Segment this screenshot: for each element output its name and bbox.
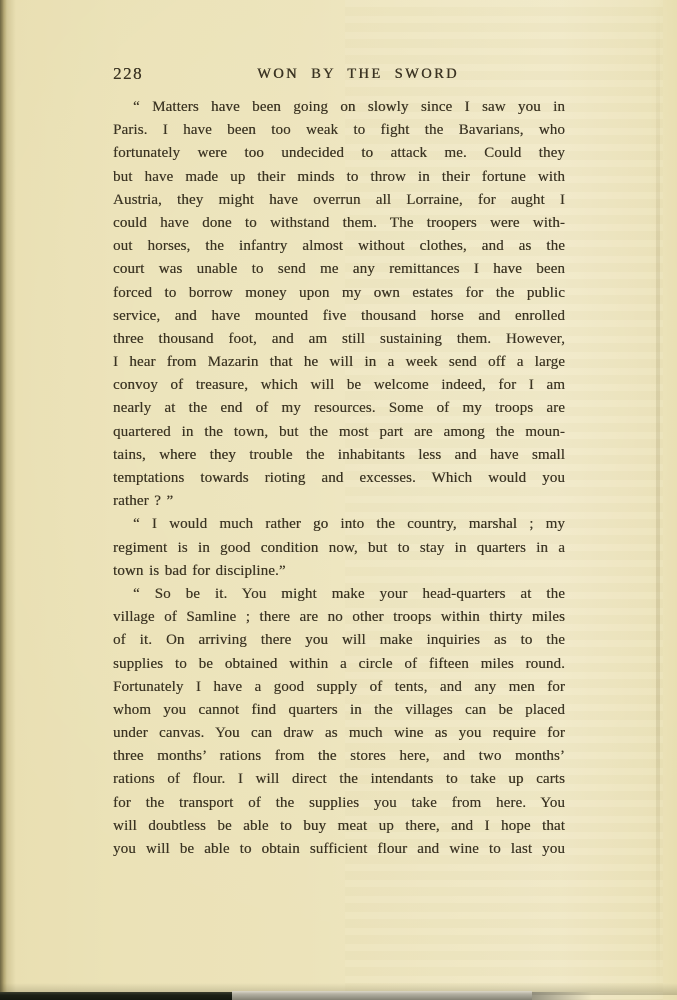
text-line: “ I would much rather go into the countr… — [113, 513, 565, 536]
text-line: rations of flour. I will direct the inte… — [113, 768, 565, 791]
text-line: out horses, the infantry almost without … — [113, 235, 565, 258]
text-line: fortunately were too undecided to attack… — [113, 142, 565, 165]
text-line: “ So be it. You might make your head-qua… — [113, 583, 565, 606]
text-line: Paris. I have been too weak to fight the… — [113, 119, 565, 142]
text-line: could have done to withstand them. The t… — [113, 212, 565, 235]
text-line: Fortunately I have a good supply of tent… — [113, 676, 565, 699]
text-line: supplies to be obtained within a circle … — [113, 653, 565, 676]
text-line: village of Samline ; there are no other … — [113, 606, 565, 629]
scanned-book-page: 228 WON BY THE SWORD “ Matters have been… — [0, 0, 677, 1000]
text-line: quartered in the town, but the most part… — [113, 421, 565, 444]
text-line: you will be able to obtain sufficient fl… — [113, 838, 565, 861]
text-line: town is bad for discipline.” — [113, 560, 565, 583]
text-block: “ Matters have been going on slowly sinc… — [113, 96, 565, 861]
paragraph: “ So be it. You might make your head-qua… — [113, 583, 565, 861]
text-line: rather ? ” — [113, 490, 565, 513]
text-line: for the transport of the supplies you ta… — [113, 792, 565, 815]
bottom-book-edge-grey — [232, 991, 532, 1000]
text-line: I hear from Mazarin that he will in a we… — [113, 351, 565, 374]
page-header: 228 WON BY THE SWORD — [113, 64, 565, 86]
paragraph: “ Matters have been going on slowly sinc… — [113, 96, 565, 513]
text-line: service, and have mounted five thousand … — [113, 305, 565, 328]
bottom-book-edge-dark — [0, 992, 232, 1000]
text-line: whom you cannot find quarters in the vil… — [113, 699, 565, 722]
text-line: regiment is in good condition now, but t… — [113, 537, 565, 560]
text-line: Austria, they might have overrun all Lor… — [113, 189, 565, 212]
text-line: of it. On arriving there you will make i… — [113, 629, 565, 652]
text-line: three months’ rations from the stores he… — [113, 745, 565, 768]
text-line: under canvas. You can draw as much wine … — [113, 722, 565, 745]
text-line: nearly at the end of my resources. Some … — [113, 397, 565, 420]
text-line: temptations towards rioting and excesses… — [113, 467, 565, 490]
text-line: “ Matters have been going on slowly sinc… — [113, 96, 565, 119]
text-line: forced to borrow money upon my own estat… — [113, 282, 565, 305]
text-line: convoy of treasure, which will be welcom… — [113, 374, 565, 397]
bottom-book-edge-fade — [532, 992, 592, 1000]
text-line: but have made up their minds to throw in… — [113, 166, 565, 189]
text-line: court was unable to send me any remittan… — [113, 258, 565, 281]
paragraph: “ I would much rather go into the countr… — [113, 513, 565, 583]
text-line: three thousand foot, and am still sustai… — [113, 328, 565, 351]
text-line: tains, where they trouble the inhabitant… — [113, 444, 565, 467]
running-title: WON BY THE SWORD — [113, 66, 565, 83]
right-page-crease — [656, 0, 660, 1000]
left-page-edge — [0, 0, 16, 1000]
text-line: will doubtless be able to buy meat up th… — [113, 815, 565, 838]
